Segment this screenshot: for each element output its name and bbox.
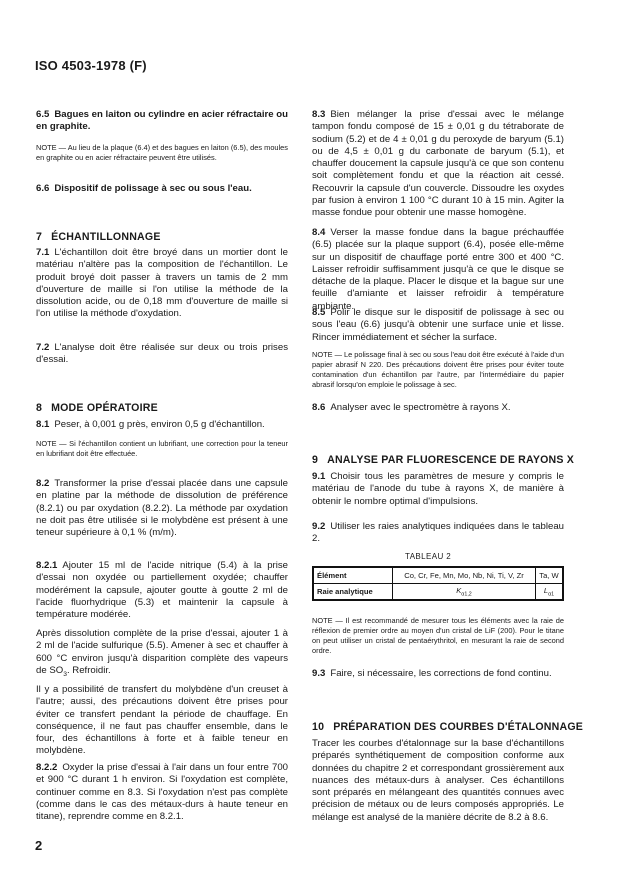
table-cell: Co, Cr, Fe, Mn, Mo, Nb, Ni, Ti, V, Zr bbox=[393, 567, 536, 584]
table-caption: TABLEAU 2 bbox=[405, 552, 451, 561]
heading-7: 7ÉCHANTILLONNAGE bbox=[36, 231, 161, 243]
section-8-2-1-para-2: Après dissolution complète de la prise d… bbox=[36, 628, 288, 681]
table-2: Élément Co, Cr, Fe, Mn, Mo, Nb, Ni, Ti, … bbox=[312, 566, 564, 601]
document-header: ISO 4503-1978 (F) bbox=[35, 58, 147, 73]
table-row: Élément Co, Cr, Fe, Mn, Mo, Nb, Ni, Ti, … bbox=[313, 567, 563, 584]
table-cell: Kα1,2 bbox=[393, 584, 536, 601]
heading-8: 8MODE OPÉRATOIRE bbox=[36, 402, 158, 414]
table-cell: Raie analytique bbox=[313, 584, 393, 601]
section-7-2: 7.2L'analyse doit être réalisée sur deux… bbox=[36, 342, 288, 367]
section-10-body: Tracer les courbes d'étalonnage sur la b… bbox=[312, 738, 564, 824]
section-9-2: 9.2Utiliser les raies analytiques indiqu… bbox=[312, 521, 564, 546]
section-8-1: 8.1Peser, à 0,001 g près, environ 0,5 g … bbox=[36, 419, 288, 431]
section-8-5: 8.5Polir le disque sur le dispositif de … bbox=[312, 307, 564, 344]
note-6-5: NOTE — Au lieu de la plaque (6.4) et des… bbox=[36, 143, 288, 163]
table-row: Raie analytique Kα1,2 Lα1 bbox=[313, 584, 563, 601]
section-8-2-1: 8.2.1Ajouter 15 ml de l'acide nitrique (… bbox=[36, 560, 288, 621]
table-cell: Lα1 bbox=[536, 584, 564, 601]
section-number: 6.5 bbox=[36, 109, 49, 120]
section-7-1: 7.1L'échantillon doit être broyé dans un… bbox=[36, 247, 288, 321]
section-8-3: 8.3Bien mélanger la prise d'essai avec l… bbox=[312, 109, 564, 220]
table-cell: Ta, W bbox=[536, 567, 564, 584]
heading-10: 10PRÉPARATION DES COURBES D'ÉTALONNAGE bbox=[312, 721, 583, 733]
section-8-4: 8.4Verser la masse fondue dans la bague … bbox=[312, 227, 564, 313]
section-8-2-2: 8.2.2Oxyder la prise d'essai à l'air dan… bbox=[36, 762, 288, 823]
section-6-5: 6.5Bagues en laiton ou cylindre en acier… bbox=[36, 109, 288, 134]
section-6-6: 6.6Dispositif de polissage à sec ou sous… bbox=[36, 183, 288, 195]
note-8-5: NOTE — Le polissage final à sec ou sous … bbox=[312, 350, 564, 390]
note-9-2: NOTE — Il est recommandé de mesurer tous… bbox=[312, 616, 564, 656]
section-8-6: 8.6Analyser avec le spectromètre à rayon… bbox=[312, 402, 564, 414]
section-9-1: 9.1Choisir tous les paramètres de mesure… bbox=[312, 471, 564, 508]
section-8-2-1-para-3: Il y a possibilité de transfert du molyb… bbox=[36, 684, 288, 758]
section-8-2: 8.2Transformer la prise d'essai placée d… bbox=[36, 478, 288, 539]
note-8-1: NOTE — Si l'échantillon contient un lubr… bbox=[36, 439, 288, 459]
heading-9: 9ANALYSE PAR FLUORESCENCE DE RAYONS X bbox=[312, 454, 574, 466]
page-number: 2 bbox=[35, 838, 42, 853]
table-cell: Élément bbox=[313, 567, 393, 584]
section-9-3: 9.3Faire, si nécessaire, les corrections… bbox=[312, 668, 564, 680]
